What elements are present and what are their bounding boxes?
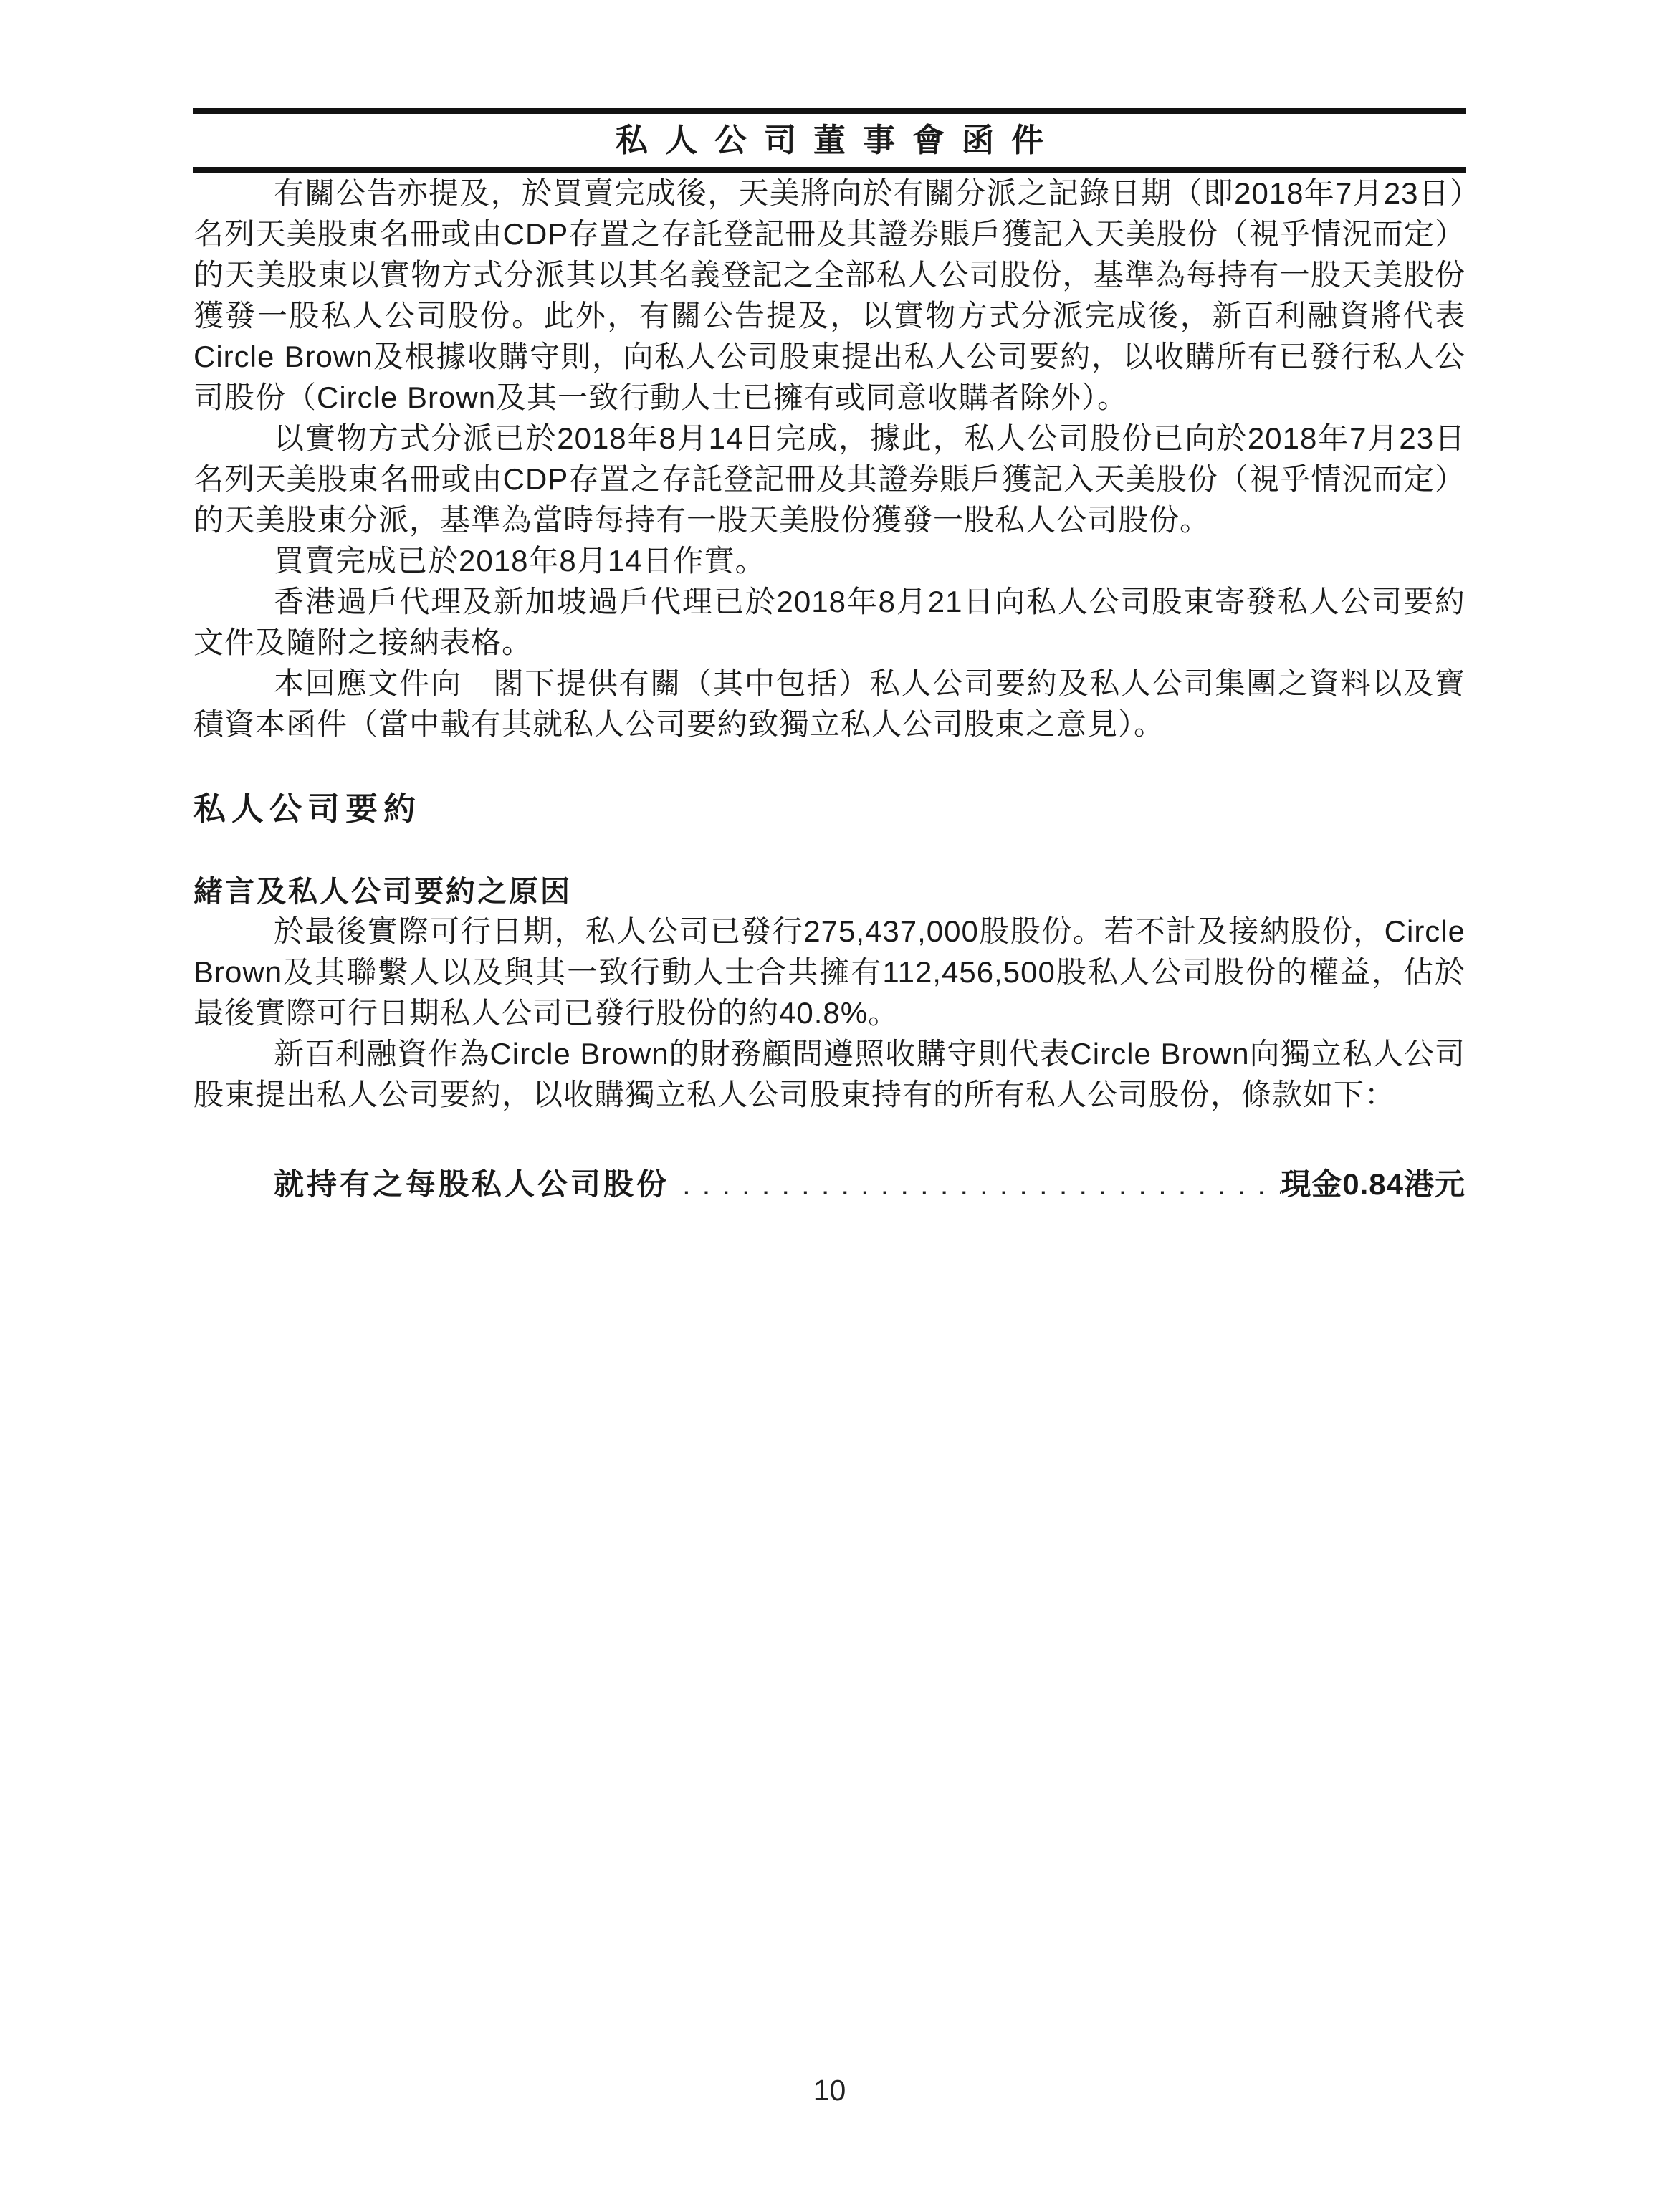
paragraph-offer-document-despatch: 香港過戶代理及新加坡過戶代理已於2018年8月21日向私人公司股東寄發私人公司要… [193, 581, 1466, 663]
page-number: 10 [0, 2073, 1659, 2107]
offer-term-value: 現金0.84港元 [1281, 1164, 1466, 1205]
paragraph-offer-terms-intro: 新百利融資作為Circle Brown的財務顧問遵照收購守則代表Circle B… [193, 1033, 1466, 1115]
paragraph-distribution-completed: 以實物方式分派已於2018年8月14日完成，據此，私人公司股份已向於2018年7… [193, 418, 1466, 540]
paragraph-completion-date: 買賣完成已於2018年8月14日作實。 [193, 540, 1466, 581]
section-heading-private-company-offer: 私人公司要約 [193, 788, 1466, 830]
header-rule-top [193, 108, 1466, 114]
paragraph-response-document: 本回應文件向 閣下提供有關（其中包括）私人公司要約及私人公司集團之資料以及寶積資… [193, 663, 1466, 744]
page-header-title: 私人公司董事會函件 [193, 124, 1466, 157]
paragraph-issued-shares: 於最後實際可行日期，私人公司已發行275,437,000股股份。若不計及接納股份… [193, 911, 1466, 1033]
page-content: 私人公司董事會函件 有關公告亦提及，於買賣完成後，天美將向於有關分派之記錄日期（… [193, 0, 1466, 1205]
header-rule-bottom [193, 167, 1466, 173]
paragraph-announcement-distribution: 有關公告亦提及，於買賣完成後，天美將向於有關分派之記錄日期（即2018年7月23… [193, 173, 1466, 418]
offer-term-line: 就持有之每股私人公司股份 ...........................… [193, 1164, 1466, 1205]
document-page: 私人公司董事會函件 有關公告亦提及，於買賣完成後，天美將向於有關分派之記錄日期（… [0, 0, 1659, 2212]
offer-term-label: 就持有之每股私人公司股份 [274, 1164, 669, 1205]
sub-heading-introduction-reasons: 緒言及私人公司要約之原因 [193, 872, 1466, 911]
dot-leader: ........................................… [669, 1164, 1281, 1205]
